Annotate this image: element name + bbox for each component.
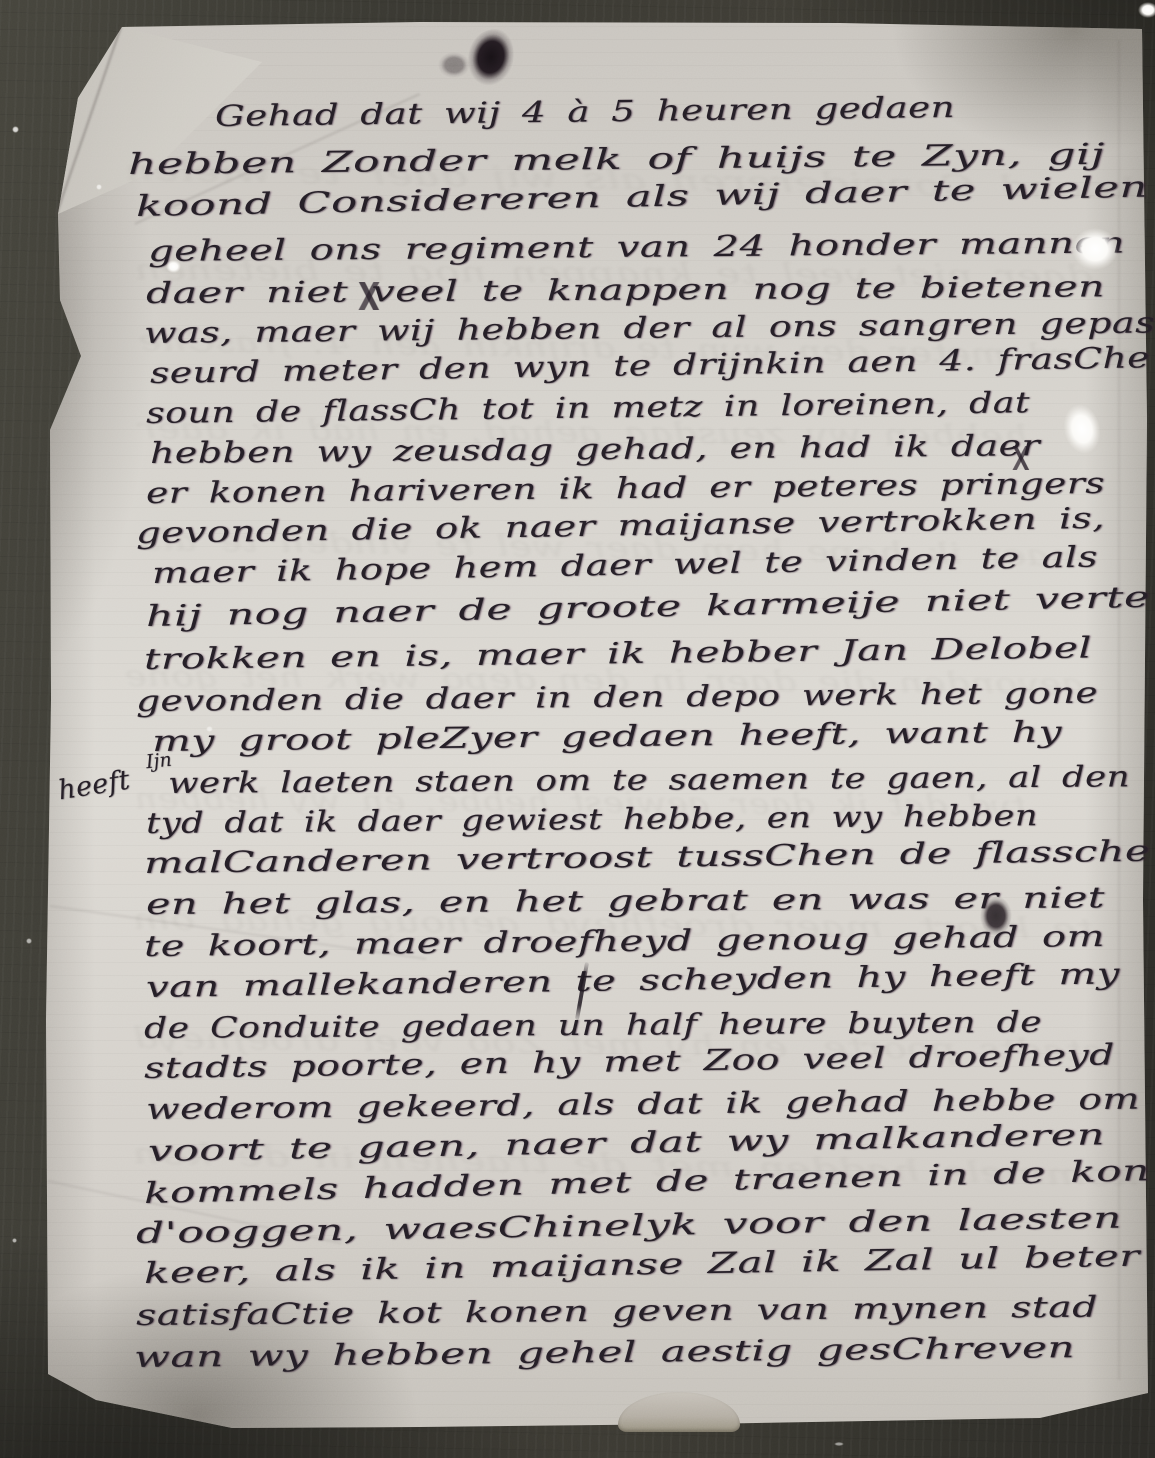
letter-line: werk laeten staen om te saemen te gaen, …: [168, 760, 1130, 800]
dust-speck: [12, 126, 19, 133]
dust-speck: [206, 726, 213, 732]
struck-word-mark: [1006, 446, 1036, 470]
dust-speck: [12, 1238, 17, 1243]
damage-spot: [1072, 228, 1118, 270]
interline-insertion: Ijn: [145, 751, 172, 773]
ink-smudge: [438, 52, 470, 78]
letter-line: en het glas, en het gebrat en was er nie…: [146, 881, 1105, 921]
letter-line: daer niet veel te knappen nog te bietene…: [146, 270, 1105, 310]
struck-word-mark: [346, 282, 392, 310]
damage-spot: [1138, 2, 1155, 18]
dust-speck: [834, 1442, 844, 1446]
damage-spot: [166, 260, 181, 273]
dust-speck: [26, 938, 32, 944]
dust-speck: [96, 184, 102, 190]
photograph: koond Considereren als wij daer te wiele…: [0, 0, 1155, 1458]
